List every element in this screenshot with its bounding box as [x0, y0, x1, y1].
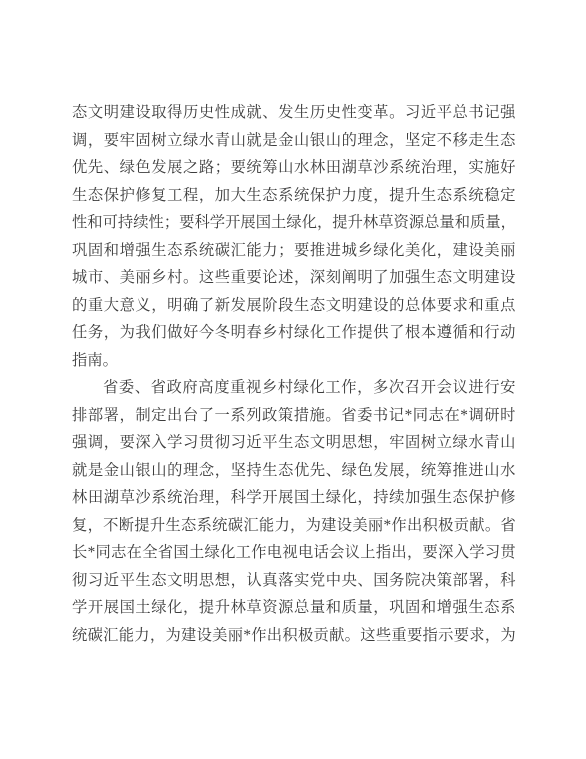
document-text: 态文明建设取得历史性成就、发生历史性变革。习近平总书记强调，要牢固树立绿水青山就…: [72, 99, 516, 649]
text-line-content: 学开展国土绿化，提升林草资源总量和质量，巩固和增强生态系: [72, 599, 516, 616]
text-line: 调，要牢固树立绿水青山就是金山银山的理念，坚定不移走生态: [72, 127, 516, 155]
text-line-content: 优先、绿色发展之路；要统筹山水林田湖草沙系统治理，实施好: [72, 159, 516, 176]
document-viewer: { "page": { "background": "#ffffff", "te…: [0, 0, 586, 759]
text-line: 性和可持续性；要科学开展国土绿化，提升林草资源总量和质量，: [72, 209, 516, 237]
text-line-content: 彻习近平生态文明思想，认真落实党中央、国务院决策部署，科: [72, 572, 516, 589]
text-line: 生态保护修复工程，加大生态系统保护力度，提升生态系统稳定: [72, 182, 516, 210]
text-line-content: 长*同志在全省国土绿化工作电视电话会议上指出，要深入学习贯: [72, 544, 516, 561]
text-line-content: 强调，要深入学习贯彻习近平生态文明思想，牢固树立绿水青山: [72, 434, 516, 451]
text-line: 任务，为我们做好今冬明春乡村绿化工作提供了根本遵循和行动: [72, 319, 516, 347]
text-line: 强调，要深入学习贯彻习近平生态文明思想，牢固树立绿水青山: [72, 429, 516, 457]
text-line: 指南。: [72, 347, 516, 375]
text-line: 长*同志在全省国土绿化工作电视电话会议上指出，要深入学习贯: [72, 539, 516, 567]
text-line-content: 林田湖草沙系统治理，科学开展国土绿化，持续加强生态保护修: [72, 489, 516, 506]
text-line-content: 任务，为我们做好今冬明春乡村绿化工作提供了根本遵循和行动: [72, 324, 516, 341]
text-line-content: 就是金山银山的理念，坚持生态优先、绿色发展，统筹推进山水: [72, 462, 516, 479]
text-line: 学开展国土绿化，提升林草资源总量和质量，巩固和增强生态系: [72, 594, 516, 622]
text-line-content: 排部署，制定出台了一系列政策措施。省委书记*同志在*调研时: [72, 407, 516, 424]
text-line-content: 巩固和增强生态系统碳汇能力；要推进城乡绿化美化，建设美丽: [72, 242, 516, 259]
text-line: 统碳汇能力，为建设美丽*作出积极贡献。这些重要指示要求，为: [72, 622, 516, 650]
text-line-content: 复，不断提升生态系统碳汇能力，为建设美丽*作出积极贡献。省: [72, 517, 516, 534]
text-line-content: 性和可持续性；要科学开展国土绿化，提升林草资源总量和质量，: [72, 214, 516, 231]
text-line: 优先、绿色发展之路；要统筹山水林田湖草沙系统治理，实施好: [72, 154, 516, 182]
text-line: 省委、省政府高度重视乡村绿化工作，多次召开会议进行安: [72, 374, 516, 402]
text-line: 态文明建设取得历史性成就、发生历史性变革。习近平总书记强: [72, 99, 516, 127]
text-line-content: 的重大意义，明确了新发展阶段生态文明建设的总体要求和重点: [72, 297, 516, 314]
text-line: 就是金山银山的理念，坚持生态优先、绿色发展，统筹推进山水: [72, 457, 516, 485]
text-line-content: 态文明建设取得历史性成就、发生历史性变革。习近平总书记强: [72, 104, 516, 121]
text-line: 城市、美丽乡村。这些重要论述，深刻阐明了加强生态文明建设: [72, 264, 516, 292]
text-line-content: 城市、美丽乡村。这些重要论述，深刻阐明了加强生态文明建设: [72, 269, 516, 286]
document-page: 态文明建设取得历史性成就、发生历史性变革。习近平总书记强调，要牢固树立绿水青山就…: [0, 0, 586, 759]
text-line-content: 省委、省政府高度重视乡村绿化工作，多次召开会议进行安: [103, 379, 516, 396]
text-line: 彻习近平生态文明思想，认真落实党中央、国务院决策部署，科: [72, 567, 516, 595]
text-line: 复，不断提升生态系统碳汇能力，为建设美丽*作出积极贡献。省: [72, 512, 516, 540]
text-line-content: 调，要牢固树立绿水青山就是金山银山的理念，坚定不移走生态: [72, 132, 516, 149]
text-line: 排部署，制定出台了一系列政策措施。省委书记*同志在*调研时: [72, 402, 516, 430]
text-line: 的重大意义，明确了新发展阶段生态文明建设的总体要求和重点: [72, 292, 516, 320]
text-line-content: 统碳汇能力，为建设美丽*作出积极贡献。这些重要指示要求，为: [72, 627, 516, 644]
text-line: 林田湖草沙系统治理，科学开展国土绿化，持续加强生态保护修: [72, 484, 516, 512]
text-line-content: 指南。: [72, 352, 118, 369]
text-line: 巩固和增强生态系统碳汇能力；要推进城乡绿化美化，建设美丽: [72, 237, 516, 265]
text-line-content: 生态保护修复工程，加大生态系统保护力度，提升生态系统稳定: [72, 187, 516, 204]
